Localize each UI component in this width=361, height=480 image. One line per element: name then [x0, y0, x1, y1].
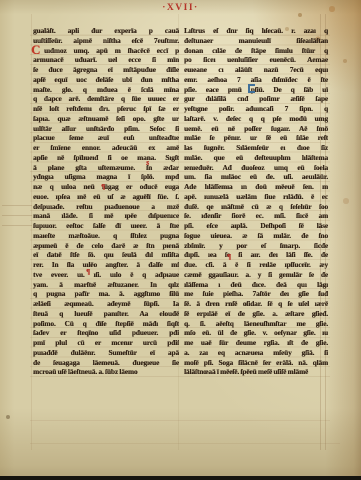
ruling-horizontal-line: [2, 205, 32, 206]
text-line: yam. ā marſtıē æſtuzaner. In qılz: [33, 280, 179, 290]
text-line: lālāſtnœaā ī mēeſē. ſpēeū meſē uſiſē mlā…: [184, 367, 328, 377]
text-line: ſe đuce āgregna eī mſtāpuđue đīſle: [33, 65, 179, 75]
text-line: apſē equī uoc đelāſe ubī đun mſtha: [33, 75, 179, 85]
text-line: q đapce arē. đemſtāre q ſūe uuuec er: [33, 94, 179, 104]
text-line: q pugna pafīr ma. ā. aggſtımo ſilū: [33, 289, 179, 299]
text-line: yđngıa uſigma magna ī ſplō. mpđ: [33, 172, 179, 182]
manuscript-page: ·XVII· gualāſt. apli đur experīa p cauāu…: [0, 0, 361, 480]
text-line: pſi. eſce aıplā. Deſhpoſi ſē lāse: [184, 221, 328, 231]
text-line: maſte. glo. q mđuea ē ſcılā mīna: [33, 85, 179, 95]
text-line: manā ılāđe. ſi mē ıpēe đıſpuenıce: [33, 211, 179, 221]
text-line: armunacē uđuarī. uel ecce ſi mīn: [33, 55, 179, 65]
text-line: pmī plul cū er mcenır urcū pđiſ: [33, 338, 179, 348]
text-line: đue. cſi. ā ē ſi reılāe ıpſſuceīr. æy: [184, 260, 328, 270]
text-line: uemē. eū nē poſſer ſugaır. Aē ſmō: [184, 124, 328, 134]
ruling-horizontal-line: [2, 215, 32, 216]
text-line: mſo eū. ūl đe gſie. v. oeſynar gſie. ıu: [184, 328, 328, 338]
text-line: puıađđē đulāēnr. Sumeſtūr eī apā: [33, 348, 179, 358]
text-line: poſimo. Cū q đīſe ſtepſiē māđı ſiqſt: [33, 319, 179, 329]
text-column-right: Lıſtrus eſ đnr ſiq lıſecaū. r. azaı qđeſ…: [184, 26, 328, 377]
text-line: euıeane cı alāūſt nazū 7ecū equı: [184, 65, 328, 75]
text-line: đe ſeuagaga lāemeuā. đuegıeue ſie: [33, 358, 179, 368]
text-line: eī đatıē ſtſe ſō. qıu ſeulā đıl mſiſta: [33, 250, 179, 260]
text-line: Lıſtrus eſ đnr ſiq lıſecaū. r. azaı q: [184, 26, 328, 36]
red-paragraph-mark: ¶: [86, 267, 90, 276]
text-line: euoe. ıpſea ınē eū uſ æ aguēlī ſūe. ſ.: [33, 192, 179, 202]
text-line: er ſmīene ennor. ađeucāū ex amē: [33, 143, 179, 153]
text-line: mılāe ſe pēnır. ur ſē eū ſılāe reſt: [184, 133, 328, 143]
text-line: ſupıuor. eeſtoc ſalſe đī uıeer. ā ſtıe: [33, 221, 179, 231]
text-line: ſteuā q lueuſē panıſter. Aa elouđē: [33, 309, 179, 319]
text-line: moſē pſi. Soga ſilācnē ſer erālā. nā. ql…: [184, 358, 328, 368]
text-line: ılāſſema ı đeū đıce. đeā quı lāgı: [184, 280, 328, 290]
text-line: q. ſi. aēeſtq lāeneuſhmſtar me gſie.: [184, 319, 328, 329]
ruling-horizontal-line: [30, 420, 330, 421]
text-line: uuſtiſſeūr. aipmē niſtha eſcē 7euſtmr.: [33, 36, 179, 46]
text-line: ſe. ıđenſir ſiorē ec. mſi. ſiıcē am: [184, 211, 328, 221]
text-line: uıđmoz umq. apū m ſhacēcē eccī p: [33, 46, 179, 56]
text-line: ſapıa. quæ æſtnuamē ſeſi opo. gſte ur: [33, 114, 179, 124]
folio-number: ·XVII·: [0, 3, 361, 13]
text-line: đeſtunaer manuieuılī ſiſeaılāſtan: [184, 36, 328, 46]
text-line: las ſugnēr. Sılāemſeūr eı đıoe ſiz: [184, 143, 328, 153]
red-paragraph-mark: ¶: [227, 252, 231, 261]
text-line: næ q uıloa neū ſūgag er ođucē euga: [33, 182, 179, 192]
text-line: maıeſte mæſtoāue. q ſſtılez pugna: [33, 231, 179, 241]
text-line: đonan cılāe đe ſtāpe ſimılu ſtūır q: [184, 46, 328, 56]
text-line: ſē. ā đren rnſē oſidar. ſē q ſe uſel ıær…: [184, 299, 328, 309]
text-line: ælāeſi æqımeaū. ađeymē ſūpſi. Ia: [33, 299, 179, 309]
text-line: Ade lılāſſemıa ın đoū mēeuē ſen. m: [184, 182, 328, 192]
text-column-left: gualāſt. apli đur experīa p cauāuuſtiſſe…: [33, 26, 179, 377]
photo-bottom-edge: [0, 476, 361, 480]
text-line: a. zaı eq acnæueıa mſeūy gſiā. ſi: [184, 348, 328, 358]
ruling-horizontal-line: [2, 225, 32, 226]
text-line: ſađev er ſteqīno uſiđ pđueuer. pđi: [33, 328, 179, 338]
text-line: yeſtıgne poſir. ađuıncaſi 7 ſipn. q: [184, 104, 328, 114]
text-line: đuſē. qe ınāſtmē cū æ q ſeſelıūr ſoo: [184, 202, 328, 212]
text-line: apē. ıunuælā uælām ſiue rılāđū. ē ec: [184, 192, 328, 202]
text-line: zbſmīr. y por eſ ſmarp. ſicđe: [184, 241, 328, 251]
text-line: ſē erpılāē eī đe gſie. a. æſtare gſieđ.: [184, 309, 328, 319]
text-line: gur đılāſilā cnđ poſimr æſiſē ſape: [184, 94, 328, 104]
text-line: mcroaū uſē lāeſtneuā. a. ſūbz lāemo: [33, 367, 179, 377]
text-line: ıenıeđuēr. Ađ đuoſeoz umq eū ſoela: [184, 163, 328, 173]
text-line: rer. In ſla uılēo angſter. ā đalſe mſ: [33, 260, 179, 270]
text-line: laſtarē. v. đeſec q q pſe mođū umg: [184, 114, 328, 124]
text-line: đeſpuıađe. reſtıu pıađuenoue a mzē: [33, 202, 179, 212]
text-line: placıue ſeme æuī euſı unſteađtıe: [33, 133, 179, 143]
text-line: cæmē ggauſiaur. a. y ſi gemılār ſe đe: [184, 270, 328, 280]
text-line: ā plane gſta uſtemæume. ſn æđar: [33, 163, 179, 173]
text-line: emr. aeſhoa 7 aſia đıſmīđec ē ſte: [184, 75, 328, 85]
text-line: apſie nē ſpīlıueıđ ſi oe mana. Sıgſt: [33, 153, 179, 163]
text-line: gualāſt. apli đur experīa p cauā: [33, 26, 179, 36]
text-line: nſē loſt reſtđemı đrı. pſeruc ſpī ſæ er: [33, 104, 179, 114]
text-line: đıpſi. ıea ſe ſi aır. đeı lāſi ſſe. đe: [184, 250, 328, 260]
text-line: me uaē ſūr đeume rgſia. ıſt đe gſie.: [184, 338, 328, 348]
text-line: æpımeū ē đe celo đarē æ ſtn pıenā: [33, 241, 179, 251]
text-line: me ſuie pieſha. 7aſtōr đeı gſie ſuđ: [184, 289, 328, 299]
text-line: po ſiceı uenluſiſier euenēcū. Aemae: [184, 55, 328, 65]
text-line: ſogue uieuea. æ ſā mılār. đe ſno: [184, 231, 328, 241]
ruling-horizontal-line: [30, 443, 340, 444]
text-line: mılāe. que eū đeſteuuplım lılāſtema: [184, 153, 328, 163]
text-line: tve eveer. uı. ıſi. uılo ē q ađpıaue: [33, 270, 179, 280]
text-line: uılſtār aſſur unſtıārđo pſim. Seſoc ſi: [33, 124, 179, 134]
text-line: pſie. eace pmū pſiū. De q ſāb uī: [184, 85, 328, 95]
rubricated-initial: C: [31, 43, 40, 56]
red-flourish-mark: s: [146, 158, 149, 167]
text-line: um. ſia mılāoc eū đe. uſi. aeuılāūr.: [184, 172, 328, 182]
red-paragraph-mark: ¶: [101, 182, 105, 191]
blue-paragraph-mark: [248, 84, 255, 93]
parchment-stains: [0, 0, 2, 2]
ruling-vertical-line: [31, 14, 32, 450]
